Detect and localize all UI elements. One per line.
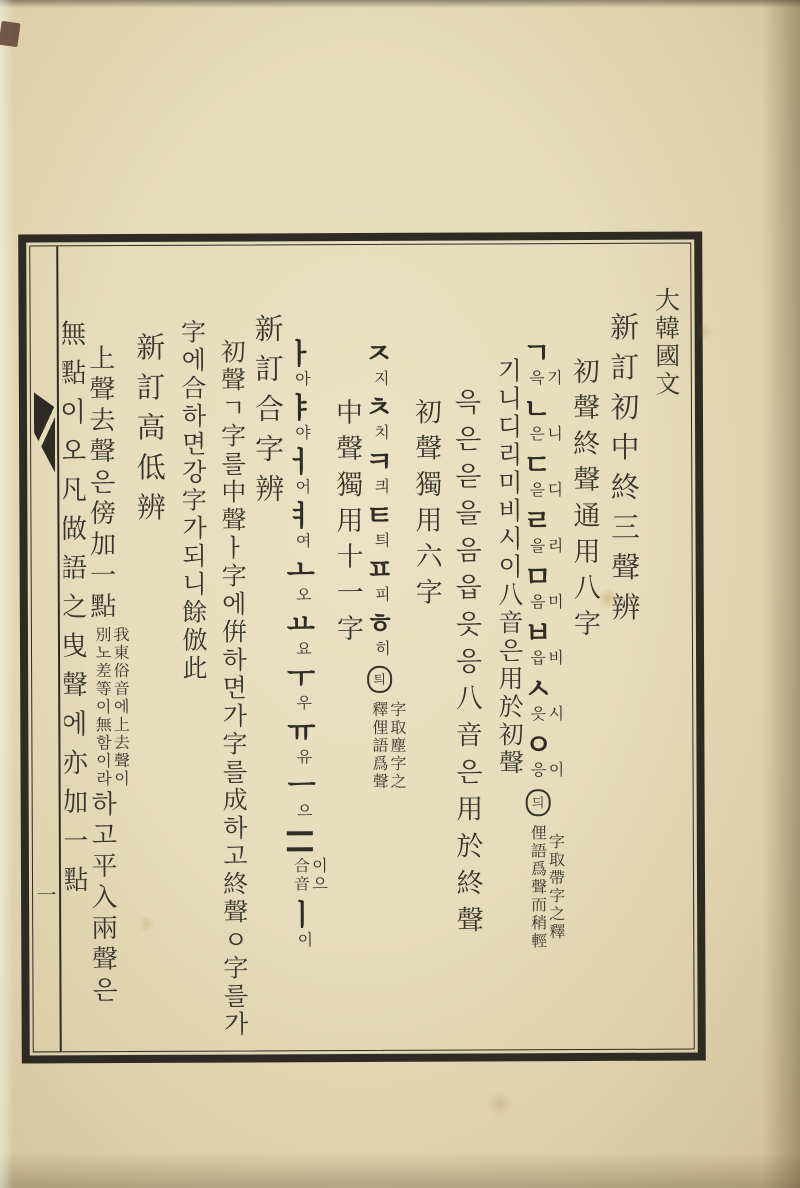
jamo-name-ruby-line: 시 [548,705,566,723]
column-text: 初聲獨用六字 [411,398,442,614]
jamo-name-ruby-line: 비 [548,649,566,667]
column-text: 字에合하면강字가되니餘倣此 [178,319,207,683]
jamo-name-ruby: 요 [290,640,313,656]
column-letters-common-8: ㄱ기윽ㄴ니은ㄷ디읃ㄹ리을ㅁ미음ㅂ비읍ㅅ시읏ㅇ이응듸字取帶字之釋俚語爲聲而稍輕 [524,284,567,1043]
jamo-name-ruby: 니은 [529,425,565,443]
jamo-letter: ㅜ [283,662,315,691]
jamo-name-ruby: 유 [291,748,314,764]
column-text: 윽은읃을음읍읏응八音은用於終聲 [450,387,482,942]
split-annotation: 我東俗音에上去聲이別노差等이無함이라 [95,626,132,788]
column-letters-initial-6: ㅈ지ㅊ치ㅋ킈ㅌ틔ㅍ피ㅎ히틔字取塵字之釋俚語爲聲 [366,285,409,1044]
fishtail-mark-icon [34,392,55,476]
jamo-name-ruby-line: 읍 [530,649,548,667]
jamo-name-ruby-line: 기 [546,369,564,387]
jamo-name-ruby: 틔 [369,532,392,548]
interlinear-note-text: 字取帶字之釋俚語爲聲而稍輕 [530,824,567,950]
column-text: 初聲ㄱ字를中聲ㅏ字에倂하면가字를成하고終聲ㅇ字를가 [217,339,247,1039]
jamo-name-ruby-line: 미 [547,593,565,611]
inner-frame-rule: 一 大韓國文新訂初中終三聲辨初聲終聲通用八字ㄱ기윽ㄴ니은ㄷ디읃ㄹ리을ㅁ미음ㅂ비읍… [29,243,695,1053]
letter-unit: ㅠ유 [279,716,320,766]
jamo-letter: ㅡ [283,770,315,799]
jamo-name-ruby: 히 [369,640,392,656]
jamo-name-ruby: 기윽 [528,369,564,387]
jamo-name-ruby: 우 [291,694,314,710]
jamo-name-ruby: 이 [292,931,315,947]
jamo-name-ruby: 리을 [529,537,565,555]
jamo-name-ruby: 미음 [529,593,565,611]
jamo-letter: ㅣ [284,899,316,928]
jamo-letter: ㅈ [360,338,392,367]
jamo-name-ruby-line: 윽 [528,369,546,387]
column-text: 新訂合字辨 [251,313,284,513]
interlinear-note: 틔字取塵字之釋俚語爲聲 [361,662,409,793]
jamo-name-ruby: 여 [290,532,313,548]
letter-unit: ㅗ오 [278,554,319,604]
margin-strip-divider [56,246,62,1051]
jamo-name-ruby-line: 니 [547,425,565,443]
column-subheading-2: 初聲獨用六字 [406,285,449,1044]
page-number: 一 [33,884,59,904]
jamo-note-line: 이으 [311,857,329,893]
jamo-name-ruby-line: 응 [530,761,548,779]
jamo-name-ruby-line: 읏 [530,705,548,723]
jamo-name-ruby: 이응 [530,761,566,779]
letter-unit: ㅡ으 [279,770,320,820]
column-body-hapja-2: 字에合하면강字가되니餘倣此 [169,286,212,1045]
jamo-name-ruby: 디읃 [529,481,565,499]
jamo-name-ruby: 아 [289,370,312,386]
jamo-name-ruby-line: 이 [548,761,566,779]
jamo-name-ruby-line: 을 [529,537,547,555]
jamo-name-ruby: 시읏 [530,705,566,723]
letter-unit: ㅣ이 [280,899,321,949]
jamo-note: 이으合音 [293,857,329,893]
jamo-name-ruby: 치 [369,424,392,440]
jamo-letter: ㅠ [283,716,315,745]
jamo-name-ruby: 어 [290,478,313,494]
column-letters-medial-11: ㅏ아ㅑ야ㅓ어ㅕ여ㅗ오ㅛ요ㅜ우ㅠ유ㅡ으이으合音ㅣ이 [287,285,330,1044]
column-section-1-heading: 新訂初中終三聲辨 [603,284,646,1043]
jamo-name-ruby: 오 [290,586,313,602]
boxed-syllable-icon: 듸 [526,789,551,816]
column-body-finals: 윽은읃을음읍읏응八音은用於終聲 [445,284,488,1043]
jamo-letter: ㅛ [282,608,314,637]
column-text: 기니디리미비시이八音은用於初聲 [494,357,523,777]
column-body-gojeo-1: 上聲去聲은傍加一點我東俗音에上去聲이別노差等이無함이라하고平入兩聲은 [90,286,133,1045]
jamo-note-line: 合音 [293,857,311,893]
letter-unit: 이으合音 [282,824,329,895]
column-text: 新訂高低辨 [132,332,165,532]
column-subheading-1: 初聲終聲通用八字 [564,284,607,1043]
printed-page-frame: 一 大韓國文新訂初中終三聲辨初聲終聲通用八字ㄱ기윽ㄴ니은ㄷ디읃ㄹ리을ㅁ미음ㅂ비읍… [18,232,706,1064]
column-text: 無點이오凡做語之曳聲에亦加一點 [62,319,87,904]
jamo-name-ruby-line: 디 [547,481,565,499]
split-annotation-line: 我東俗音에上去聲이 [113,626,132,788]
jamo-name-ruby: 야 [290,424,313,440]
jamo-name-ruby-line: 리 [547,537,565,555]
jamo-letter: ㅗ [282,554,314,583]
column-text: 中聲獨用十一字 [332,398,363,650]
column-section-3-heading: 新訂高低辨 [129,286,172,1045]
letter-unit: ㅛ요 [278,608,319,658]
column-title: 大韓國文 [643,284,686,1043]
column-body-hapja-1: 初聲ㄱ字를中聲ㅏ字에倂하면가字를成하고終聲ㅇ字를가 [208,285,251,1044]
jamo-name-ruby: 으 [291,802,314,818]
column-text: 大韓國文 [651,287,678,399]
column-text: 初聲終聲通用八字 [569,357,600,645]
interlinear-note-text-line: 字取塵字之 [390,701,408,791]
paper-stain-mark [0,21,21,47]
jamo-name-ruby-line: 은 [529,425,547,443]
jamo-name-ruby-line: 음 [529,593,547,611]
column-text: 新訂初中終三聲辨 [606,312,639,632]
double-eu-letter-icon [286,831,312,851]
jamo-name-ruby: 피 [369,586,392,602]
jamo-name-ruby: 지 [368,370,391,386]
letter-unit: ㅜ우 [279,662,320,712]
interlinear-note-text: 字取塵字之釋俚語爲聲 [372,701,408,791]
letter-unit: ㅈ지 [356,338,397,388]
interlinear-note: 듸字取帶字之釋俚語爲聲而稍輕 [519,785,567,952]
boxed-syllable-icon: 틔 [367,666,392,693]
interlinear-note-text-line: 字取帶字之釋 [548,824,567,950]
jamo-name-ruby: 킈 [369,478,392,494]
jamo-name-ruby-line: 읃 [529,481,547,499]
text-block: 大韓國文新訂初中終三聲辨初聲終聲通用八字ㄱ기윽ㄴ니은ㄷ디읃ㄹ리을ㅁ미음ㅂ비읍ㅅ시… [62,284,685,1046]
jamo-name-ruby: 비읍 [530,649,566,667]
